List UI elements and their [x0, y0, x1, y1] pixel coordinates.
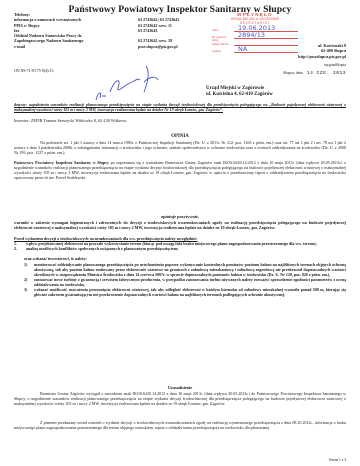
- page-number: Strona 1 z 3: [329, 458, 346, 462]
- opinion-paragraph-inspector: Państwowy Powiatowy Inspektor Sanitarny …: [14, 161, 346, 181]
- opinion-heading: OPINIA: [0, 134, 360, 139]
- issue-date: Słupca, dnia14 CZE. 2013: [283, 70, 346, 76]
- received-stamp: WPŁYNĘŁO URZĄD MIEJSKI w ZAGÓROWIE SEKRE…: [212, 12, 298, 64]
- justification-paragraph-1: Burmistrz Gminy Zagórów wystąpił z wnios…: [14, 392, 346, 407]
- recipient-address: ul. Kościelna 4, 62-410 Zagórów: [206, 92, 273, 98]
- justification-heading: Uzasadnienie: [0, 385, 360, 390]
- obligations-list: 1)monitorować oddziaływanie planowanego …: [24, 263, 346, 298]
- list-item: 1)monitorować oddziaływanie planowanego …: [24, 263, 346, 278]
- list-item: 2.analizę możliwych konfliktów społeczny…: [14, 247, 346, 252]
- original-copy-label: oryginał/kopia: [324, 63, 346, 67]
- reference-number: ON.NS-71/9/175-9(4)/13: [14, 69, 53, 73]
- handwritten-signature-icon: [88, 62, 168, 106]
- recipient-block: Urząd Miejski w Zagórowie ul. Kościelna …: [206, 86, 273, 98]
- opinion-verdict: opiniuje pozytywnie,: [0, 214, 360, 219]
- website-link[interactable]: http://psseslupca.pis.gov.pl: [298, 54, 346, 59]
- contact-block: Telefony: informacja o numerach wewnętrz…: [14, 12, 228, 49]
- contact-row-email: e-mailpsse.slupca@pis.gov.pl: [14, 44, 228, 49]
- stamp-field-signature: podpisNA: [212, 46, 298, 53]
- opinion-paragraph-conditions: warunki w zakresie wymagań higienicznych…: [14, 221, 346, 231]
- list-item: 3)wskazać możliwość rozważenia przesunię…: [24, 288, 346, 298]
- considerations-list: 1.wpływ projektowanej elektrowni na przy…: [14, 242, 346, 252]
- justification-paragraph-2: Z pismem przekazany został wniosek o wyd…: [14, 421, 346, 431]
- stamp-field-attachments: Ilość załączników: [212, 39, 298, 46]
- document-page: Państwowy Powiatowy Inspektor Sanitarny …: [0, 0, 360, 466]
- investor-line: Inwestor: ZEFIR Tomasz Szeszycki Witkówk…: [14, 118, 127, 123]
- issuer-address: ul. Kościuszki 9 62-400 Słupca http://ps…: [298, 43, 346, 59]
- opinion-paragraph-legal-basis: Na podstawie art. 1 pkt 1 ustawy z dnia …: [14, 141, 346, 156]
- subject-line: dotyczy: uzgodnienia warunków realizacji…: [14, 103, 346, 113]
